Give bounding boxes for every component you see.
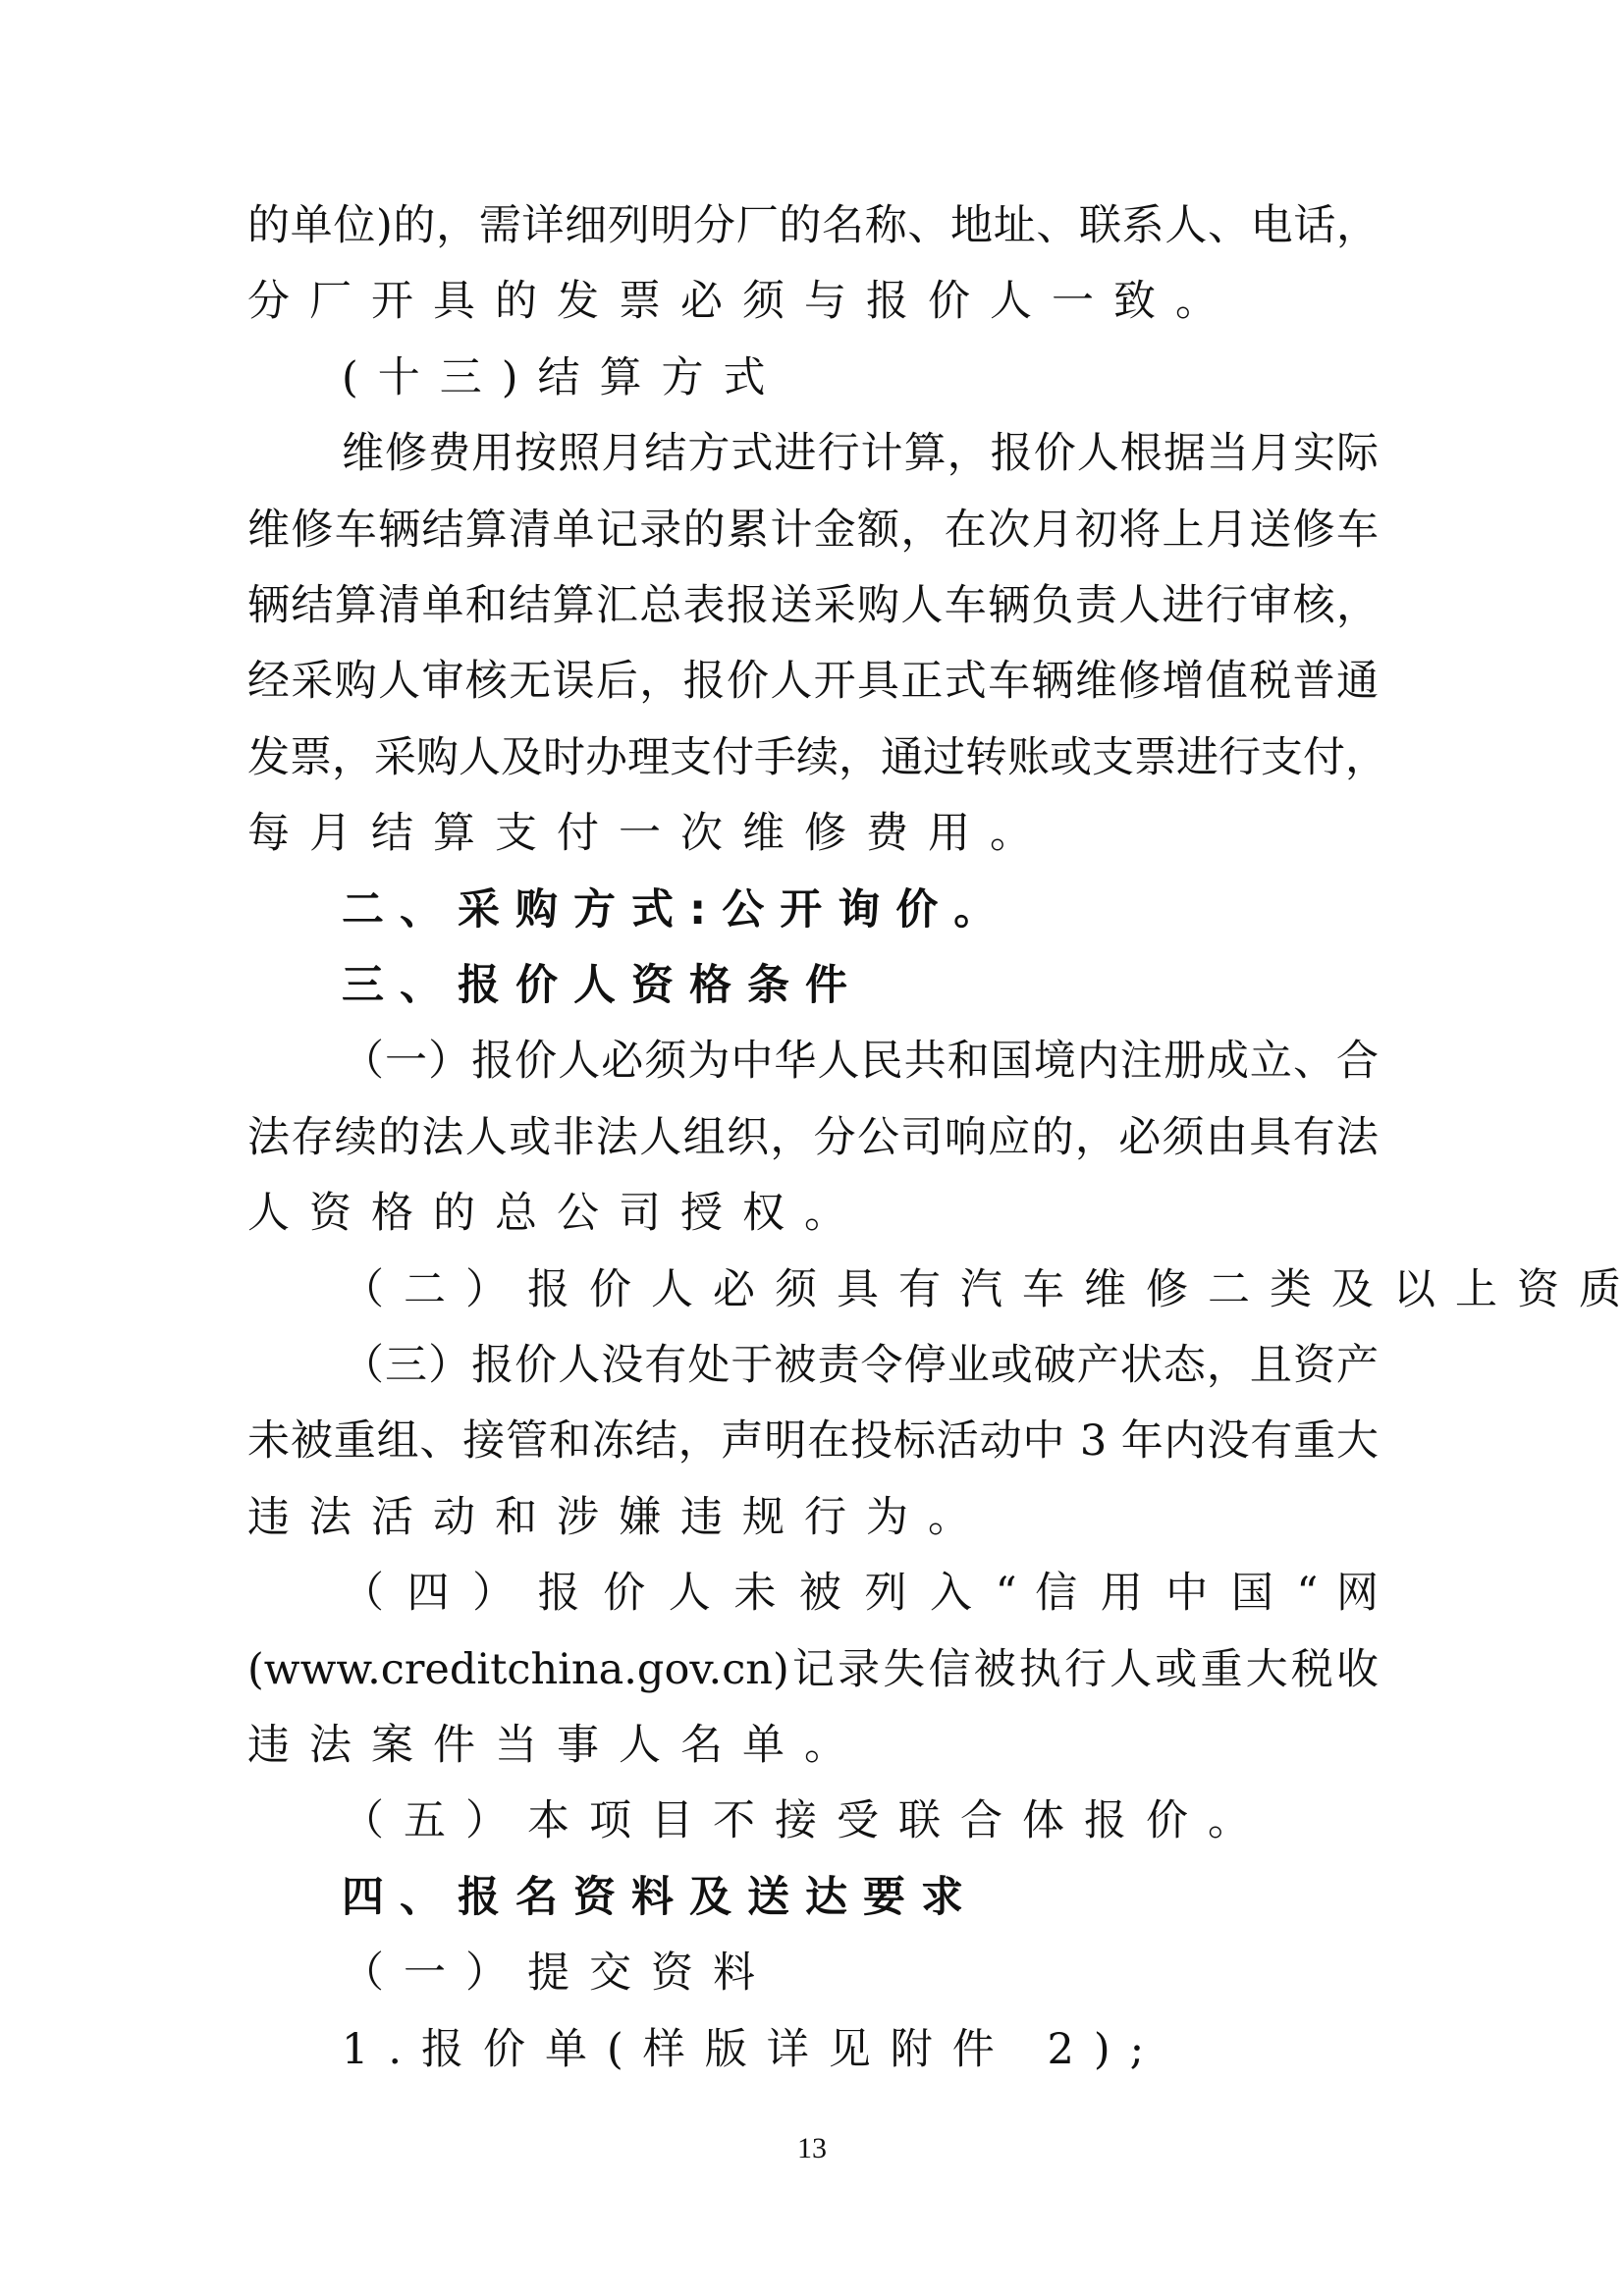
text-line-17: 未被重组、接管和冻结，声明在投标活动中 3 年内没有重大 bbox=[247, 1412, 1379, 1470]
text-line-5: 维修车辆结算清单记录的累计金额，在次月初将上月送修车 bbox=[247, 501, 1379, 560]
text-line-20-url: (www.creditchina.gov.cn)记录失信被执行人或重大税收 bbox=[247, 1640, 1379, 1699]
section-heading-settlement: (十三)结算方式 bbox=[342, 348, 1379, 407]
list-item-quotation-form: 1.报价单(样版详见附件 2); bbox=[342, 2020, 1379, 2079]
text-line-4: 维修费用按照月结方式进行计算，报价人根据当月实际 bbox=[342, 424, 1379, 483]
document-page: 的单位)的，需详细列明分厂的名称、地址、联系人、电话， 分厂开具的发票必须与报价… bbox=[0, 0, 1624, 2296]
text-line-13: 法存续的法人或非法人组织，分公司响应的，必须由具有法 bbox=[247, 1108, 1379, 1167]
heading-procurement-method: 二、采购方式:公开询价。 bbox=[342, 881, 1379, 939]
heading-registration-materials: 四、报名资料及送达要求 bbox=[342, 1868, 1379, 1927]
text-line-7: 经采购人审核无误后，报价人开具正式车辆维修增值税普通 bbox=[247, 652, 1379, 711]
text-line-2: 分厂开具的发票必须与报价人一致。 bbox=[247, 272, 1379, 331]
text-line-1: 的单位)的，需详细列明分厂的名称、地址、联系人、电话， bbox=[247, 196, 1379, 255]
subheading-submit-materials: （一）提交资料 bbox=[342, 1944, 1379, 2002]
text-line-22: （五）本项目不接受联合体报价。 bbox=[342, 1791, 1379, 1850]
text-line-12: （一）报价人必须为中华人民共和国境内注册成立、合 bbox=[342, 1032, 1379, 1091]
text-line-9: 每月结算支付一次维修费用。 bbox=[247, 804, 1379, 863]
text-line-6: 辆结算清单和结算汇总表报送采购人车辆负责人进行审核， bbox=[247, 576, 1379, 635]
text-line-21: 违法案件当事人名单。 bbox=[247, 1716, 1379, 1775]
text-line-16: （三）报价人没有处于被责令停业或破产状态，且资产 bbox=[342, 1336, 1379, 1395]
heading-qualification: 三、报价人资格条件 bbox=[342, 956, 1379, 1015]
page-number: 13 bbox=[0, 2132, 1624, 2165]
text-line-18: 违法活动和涉嫌违规行为。 bbox=[247, 1488, 1379, 1547]
text-line-8: 发票，采购人及时办理支付手续，通过转账或支票进行支付， bbox=[247, 728, 1379, 787]
text-line-14: 人资格的总公司授权。 bbox=[247, 1184, 1379, 1243]
text-line-19: （ 四 ） 报 价 人 未 被 列 入 “ 信 用 中 国 “ 网 bbox=[342, 1564, 1379, 1623]
text-line-15: （二）报价人必须具有汽车维修二类及以上资质。 bbox=[342, 1260, 1379, 1319]
